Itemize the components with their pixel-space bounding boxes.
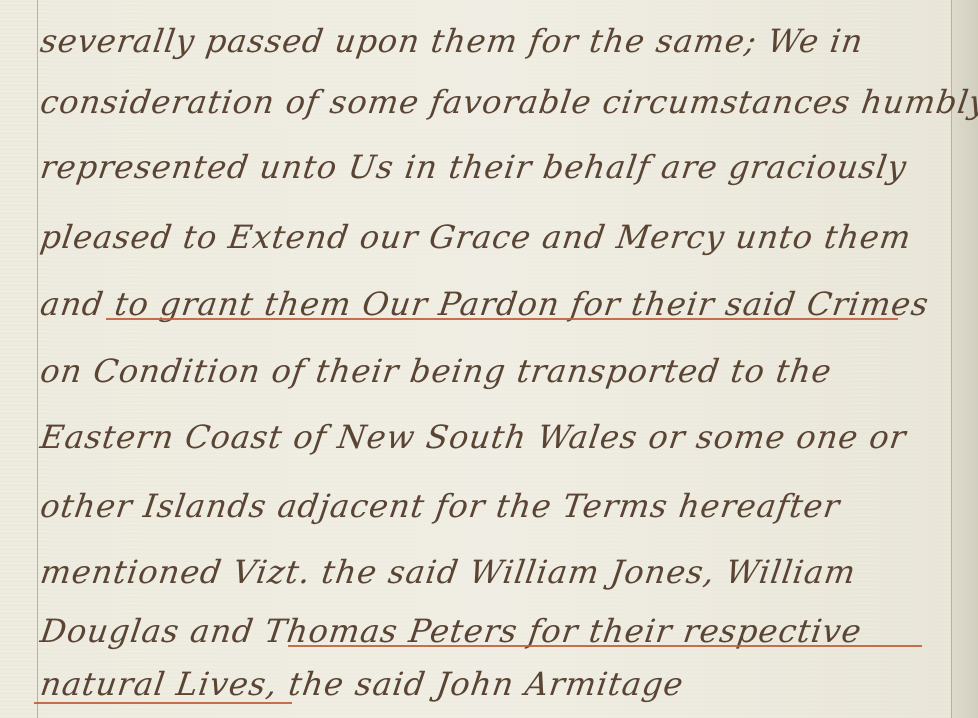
red-underline [34, 702, 292, 704]
manuscript-line-6: on Condition of their being transported … [38, 352, 834, 390]
left-margin-rule [37, 0, 38, 718]
manuscript-line-4: pleased to Extend our Grace and Mercy un… [38, 218, 914, 256]
red-underline [106, 318, 898, 320]
red-underline [288, 645, 922, 647]
manuscript-page: severally passed upon them for the same;… [0, 0, 978, 718]
manuscript-line-1: severally passed upon them for the same;… [38, 22, 866, 60]
manuscript-line-8: other Islands adjacent for the Terms her… [38, 487, 843, 525]
manuscript-line-3: represented unto Us in their behalf are … [38, 148, 909, 186]
manuscript-line-9: mentioned Vizt. the said William Jones, … [38, 553, 859, 591]
manuscript-line-11: natural Lives, the said John Armitage [38, 665, 686, 703]
manuscript-line-2: consideration of some favorable circumst… [38, 83, 978, 121]
manuscript-line-7: Eastern Coast of New South Wales or some… [38, 418, 909, 456]
